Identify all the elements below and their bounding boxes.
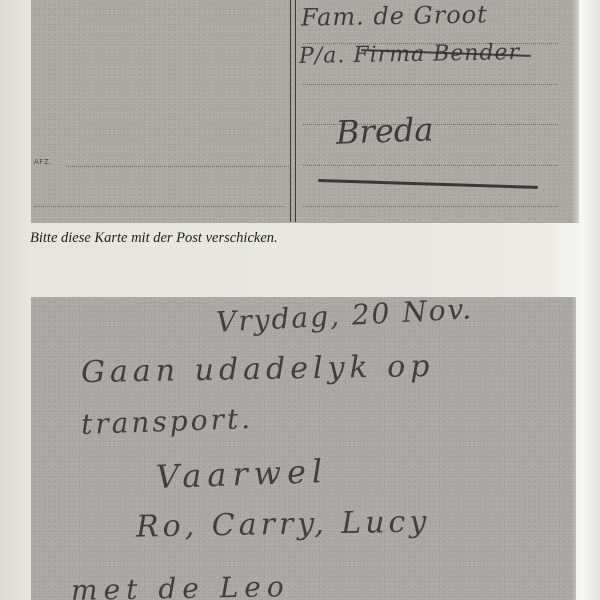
- message-line-6: met de Leo: [71, 570, 290, 600]
- message-line-signatures: Ro, Carry, Lucy: [136, 504, 431, 544]
- message-line-date: Vrydag, 20 Nov.: [215, 292, 473, 338]
- address-dotted-line-5: [303, 206, 558, 207]
- address-recipient: Fam. de Groot: [301, 0, 488, 31]
- address-dotted-line-2: [303, 84, 558, 85]
- book-page: AFZ. Fam. de Groot P/a. Firma Bender Bre…: [0, 0, 600, 600]
- message-line-3: transport.: [80, 402, 253, 441]
- city-underline-stroke: [318, 179, 538, 189]
- sender-dotted-line-2: [34, 206, 284, 207]
- address-dotted-line-4: [303, 165, 558, 166]
- postcard-address-side: AFZ. Fam. de Groot P/a. Firma Bender Bre…: [31, 0, 579, 223]
- message-line-farewell: Vaarwel: [155, 452, 328, 496]
- sender-dotted-line: [66, 166, 291, 167]
- address-care-of: P/a. Firma Bender: [299, 40, 520, 69]
- postcard-center-divider: [290, 0, 296, 222]
- figure-caption: Bitte diese Karte mit der Post verschick…: [30, 230, 278, 247]
- message-line-2: Gaan udadelyk op: [81, 349, 435, 390]
- postcard-message-side: Vrydag, 20 Nov. Gaan udadelyk op transpo…: [31, 297, 576, 600]
- address-city: Breda: [335, 110, 434, 151]
- sender-label: AFZ.: [34, 158, 52, 166]
